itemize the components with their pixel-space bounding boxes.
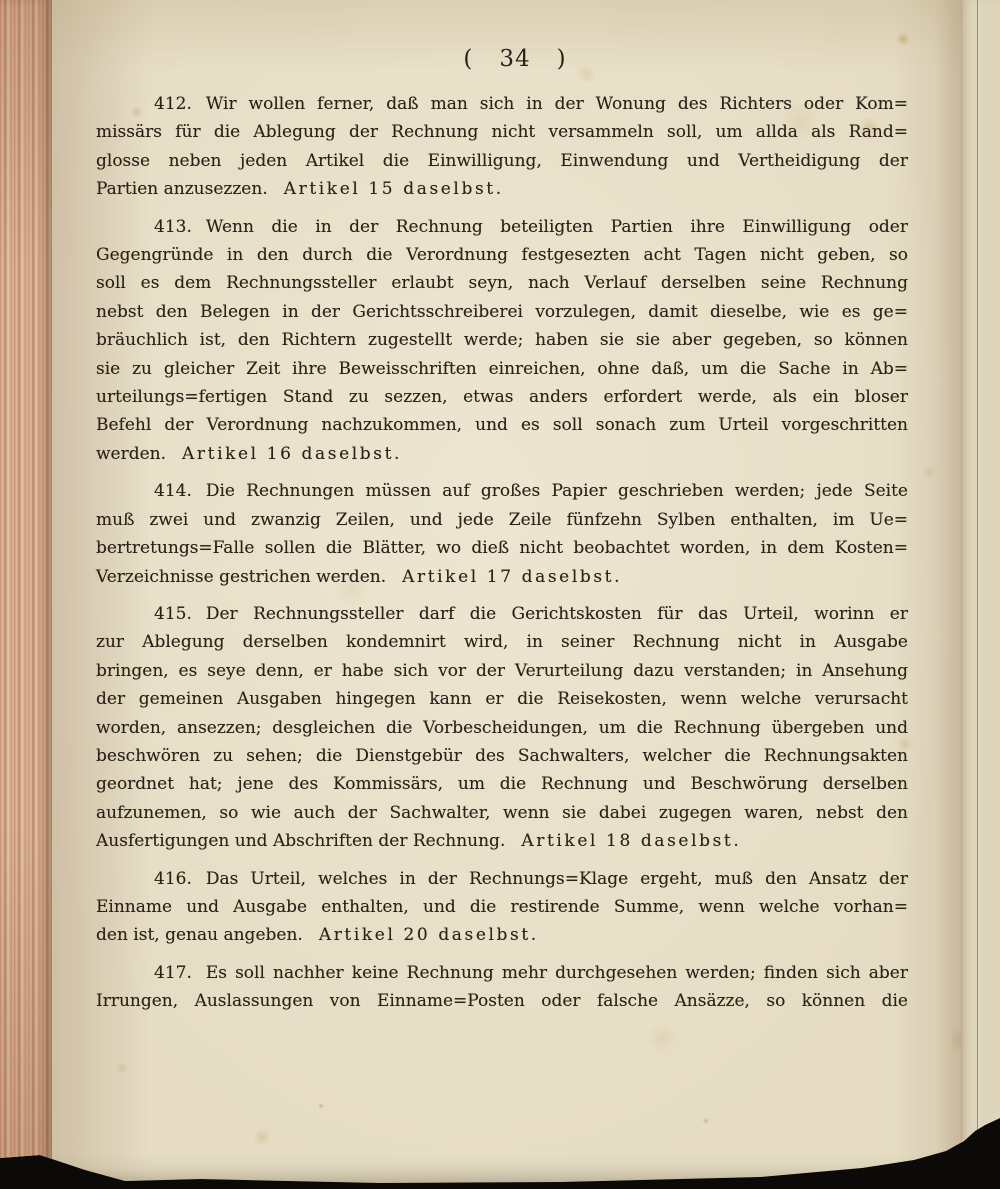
text-line: der gemeinen Ausgaben hingegen kann er d… (96, 685, 908, 713)
header-open-paren: ( (463, 46, 473, 72)
article-reference: Artikel 16 daselbst. (182, 444, 402, 464)
article-reference: Artikel 17 daselbst. (402, 567, 622, 587)
text-line: den ist, genau angeben.Artikel 20 daselb… (96, 921, 908, 949)
text-line: bertretungs=Falle sollen die Blätter, wo… (96, 534, 908, 562)
text-segment: missärs für die Ablegung der Rechnung ni… (96, 122, 908, 142)
text-segment: Verzeichnisse gestrichen werden. (96, 567, 386, 587)
text-segment: Der Rechnungssteller darf die Gerichtsko… (206, 604, 908, 624)
text-segment: Ausfertigungen und Abschriften der Rechn… (96, 831, 505, 851)
paragraph: 415.Der Rechnungssteller darf die Gerich… (96, 600, 908, 856)
page-header: (34) (30, 46, 1000, 72)
text-line: sie zu gleicher Zeit ihre Beweisschrifte… (96, 355, 908, 383)
text-line: bringen, es seye denn, er habe sich vor … (96, 657, 908, 685)
paragraph: 416.Das Urteil, welches in der Rechnungs… (96, 865, 908, 950)
text-line: 412.Wir wollen ferner, daß man sich in d… (96, 90, 908, 118)
text-segment: Es soll nachher keine Rechnung mehr durc… (206, 963, 908, 983)
text-line: werden.Artikel 16 daselbst. (96, 440, 908, 468)
text-segment: glosse neben jeden Artikel die Einwillig… (96, 151, 908, 171)
text-segment: nebst den Belegen in der Gerichtsschreib… (96, 302, 908, 322)
text-line: bräuchlich ist, den Richtern zugestellt … (96, 326, 908, 354)
page-number: 34 (499, 46, 530, 72)
scanned-book-photo: { "colors": { "paper": "#e5dcc3", "ink":… (0, 0, 1000, 1189)
article-reference: Artikel 20 daselbst. (319, 925, 539, 945)
text-line: zur Ablegung derselben kondemnirt wird, … (96, 628, 908, 656)
text-segment: bringen, es seye denn, er habe sich vor … (96, 661, 908, 681)
text-line: Partien anzusezzen.Artikel 15 daselbst. (96, 175, 908, 203)
text-line: Ausfertigungen und Abschriften der Rechn… (96, 827, 908, 855)
text-line: missärs für die Ablegung der Rechnung ni… (96, 118, 908, 146)
text-segment: bräuchlich ist, den Richtern zugestellt … (96, 330, 908, 350)
text-segment: beschwören zu sehen; die Dienstgebür des… (96, 746, 908, 766)
text-segment: geordnet hat; jene des Kommissärs, um di… (96, 774, 908, 794)
article-reference: Artikel 15 daselbst. (284, 179, 504, 199)
text-segment: Wir wollen ferner, daß man sich in der W… (206, 94, 908, 114)
text-line: nebst den Belegen in der Gerichtsschreib… (96, 298, 908, 326)
paragraph-number: 416. (154, 869, 192, 889)
page-crease-line (977, 0, 978, 1189)
paragraph-number: 415. (154, 604, 192, 624)
text-segment: muß zwei und zwanzig Zeilen, und jede Ze… (96, 510, 908, 530)
text-segment: Partien anzusezzen. (96, 179, 268, 199)
text-segment: zur Ablegung derselben kondemnirt wird, … (96, 632, 908, 652)
text-segment: soll es dem Rechnungssteller erlaubt sey… (96, 273, 908, 293)
text-segment: sie zu gleicher Zeit ihre Beweisschrifte… (96, 359, 908, 379)
text-line: 415.Der Rechnungssteller darf die Gerich… (96, 600, 908, 628)
text-segment: Die Rechnungen müssen auf großes Papier … (206, 481, 908, 501)
text-line: glosse neben jeden Artikel die Einwillig… (96, 147, 908, 175)
book-page: (34) 412.Wir wollen ferner, daß man sich… (0, 0, 1000, 1189)
gutter-marbled-edge (0, 0, 52, 1189)
text-line: Irrungen, Auslassungen von Einname=Poste… (96, 987, 908, 1015)
text-line: 413.Wenn die in der Rechnung beteiligten… (96, 213, 908, 241)
text-line: Gegengründe in den durch die Verordnung … (96, 241, 908, 269)
text-segment: Irrungen, Auslassungen von Einname=Poste… (96, 991, 908, 1011)
paragraph: 414.Die Rechnungen müssen auf großes Pap… (96, 477, 908, 591)
text-line: beschwören zu sehen; die Dienstgebür des… (96, 742, 908, 770)
text-segment: Befehl der Verordnung nachzukommen, und … (96, 415, 908, 435)
paragraph-number: 414. (154, 481, 192, 501)
text-segment: bertretungs=Falle sollen die Blätter, wo… (96, 538, 908, 558)
text-line: Einname und Ausgabe enthalten, und die r… (96, 893, 908, 921)
text-line: Befehl der Verordnung nachzukommen, und … (96, 411, 908, 439)
text-line: soll es dem Rechnungssteller erlaubt sey… (96, 269, 908, 297)
text-segment: worden, ansezzen; desgleichen die Vorbes… (96, 718, 908, 738)
text-segment: Wenn die in der Rechnung beteiligten Par… (206, 217, 908, 237)
page-curve-shadow (934, 0, 962, 1189)
paragraph-number: 417. (154, 963, 192, 983)
text-line: muß zwei und zwanzig Zeilen, und jede Ze… (96, 506, 908, 534)
paragraph-number: 412. (154, 94, 192, 114)
text-line: aufzunemen, so wie auch der Sachwalter, … (96, 799, 908, 827)
paragraph: 413.Wenn die in der Rechnung beteiligten… (96, 213, 908, 469)
text-segment: aufzunemen, so wie auch der Sachwalter, … (96, 803, 908, 823)
article-reference: Artikel 18 daselbst. (521, 831, 741, 851)
text-segment: der gemeinen Ausgaben hingegen kann er d… (96, 689, 908, 709)
paragraph: 412.Wir wollen ferner, daß man sich in d… (96, 90, 908, 204)
text-block: 412.Wir wollen ferner, daß man sich in d… (96, 90, 908, 1016)
text-segment: werden. (96, 444, 166, 464)
text-line: 414.Die Rechnungen müssen auf großes Pap… (96, 477, 908, 505)
text-segment: Das Urteil, welches in der Rechnungs=Kla… (206, 869, 908, 889)
text-line: urteilungs=fertigen Stand zu sezzen, etw… (96, 383, 908, 411)
text-line: 417.Es soll nachher keine Rechnung mehr … (96, 959, 908, 987)
text-line: Verzeichnisse gestrichen werden.Artikel … (96, 563, 908, 591)
paragraph: 417.Es soll nachher keine Rechnung mehr … (96, 959, 908, 1016)
text-line: worden, ansezzen; desgleichen die Vorbes… (96, 714, 908, 742)
header-close-paren: ) (557, 46, 567, 72)
text-line: 416.Das Urteil, welches in der Rechnungs… (96, 865, 908, 893)
text-line: geordnet hat; jene des Kommissärs, um di… (96, 770, 908, 798)
text-segment: Einname und Ausgabe enthalten, und die r… (96, 897, 908, 917)
text-segment: urteilungs=fertigen Stand zu sezzen, etw… (96, 387, 908, 407)
paragraph-number: 413. (154, 217, 192, 237)
text-segment: den ist, genau angeben. (96, 925, 303, 945)
text-segment: Gegengründe in den durch die Verordnung … (96, 245, 908, 265)
fore-edge-pages (961, 0, 1000, 1189)
